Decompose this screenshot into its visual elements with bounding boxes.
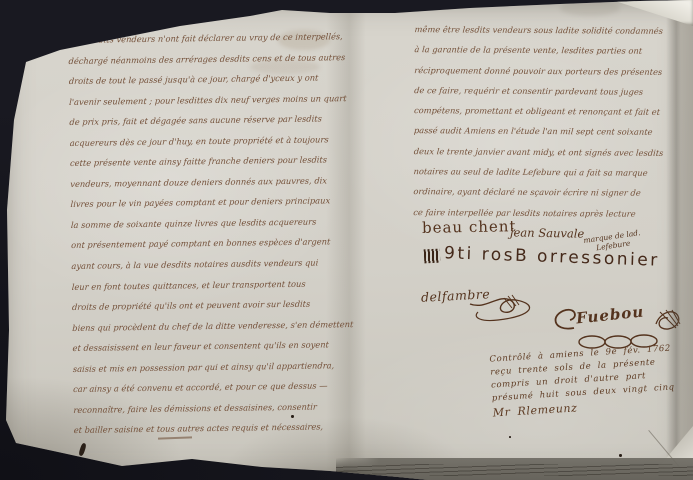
signature-jean-sauvale: jean Sauvale <box>510 225 585 240</box>
manuscript-line: compétens, promettant et obligeant et re… <box>413 100 664 122</box>
manuscript-line: ordinaire, ayant déclaré ne sçavoir écri… <box>413 182 664 204</box>
manuscript-line: notaires au seul de ladite Lefebure qui … <box>413 161 664 183</box>
manuscript-line: de ce faire, requérir et consentir parde… <box>413 80 664 102</box>
page-edge-shadow <box>666 0 693 480</box>
manuscript-line: passé audit Amiens en l'étude l'an mil s… <box>413 121 664 143</box>
manuscript-line: et bailler saisine et tous autres actes … <box>73 416 355 440</box>
control-note: Contrôlé à amiens le 9e fév. 1762 reçu t… <box>489 342 676 419</box>
signature-beauchent: beau chent <box>422 217 517 237</box>
paper-speck <box>509 436 511 438</box>
left-page-text: que lesdits vendeurs n'ont fait déclarer… <box>68 26 355 441</box>
manuscript-line: deux le trente janvier avant midy, et on… <box>413 141 664 163</box>
manuscript-line: à la garantie de la présente vente, lesd… <box>414 39 665 61</box>
paper-tear <box>78 443 87 457</box>
manuscript-line: même être lesdits vendeurs sous ladite s… <box>414 19 665 41</box>
paper-stain <box>560 0 620 16</box>
bottom-stack-edges <box>336 464 693 476</box>
manuscript-photo: que lesdits vendeurs n'ont fait déclarer… <box>0 0 693 480</box>
manuscript-line: réciproquement donné pouvoir aux porteur… <box>414 60 665 82</box>
manuscript-sheet: que lesdits vendeurs n'ont fait déclarer… <box>0 0 693 480</box>
notary-hatch-mark <box>424 249 441 264</box>
paper-speck <box>291 415 294 418</box>
delfambre-paraph-flourish <box>468 290 548 326</box>
right-page-text: même être lesdits vendeurs sous ladite s… <box>413 19 664 224</box>
paper-speck <box>619 454 622 457</box>
